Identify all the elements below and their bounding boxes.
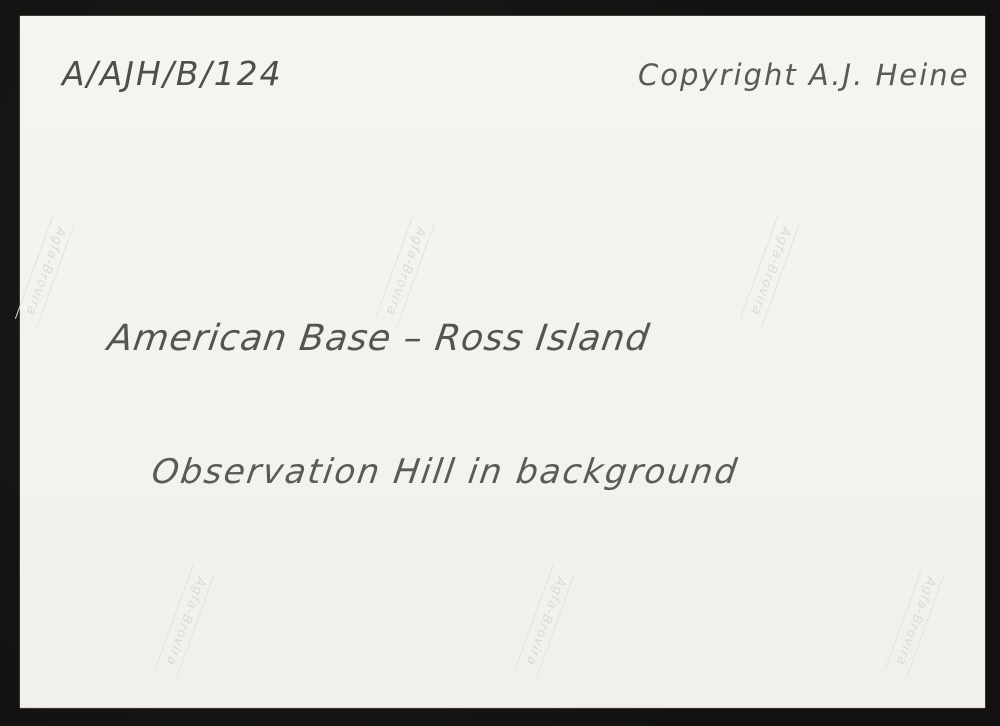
watermark-agfa-brovira: Agfa-Brovira <box>885 565 945 677</box>
archive-reference-number: A/AJH/B/124 <box>62 54 283 93</box>
caption-line-1: American Base – Ross Island <box>105 318 652 359</box>
caption-line-2: Observation Hill in background <box>149 452 741 492</box>
watermark-agfa-brovira: Agfa-Brovira <box>515 565 575 677</box>
watermark-agfa-brovira: Agfa-Brovira <box>740 215 800 327</box>
photo-back-card: Agfa-Brovira Agfa-Brovira Agfa-Brovira A… <box>20 16 985 708</box>
watermark-agfa-brovira: Agfa-Brovira <box>15 215 75 327</box>
watermark-agfa-brovira: Agfa-Brovira <box>375 215 435 327</box>
copyright-notice: Copyright A.J. Heine <box>638 58 969 92</box>
watermark-agfa-brovira: Agfa-Brovira <box>155 565 215 677</box>
